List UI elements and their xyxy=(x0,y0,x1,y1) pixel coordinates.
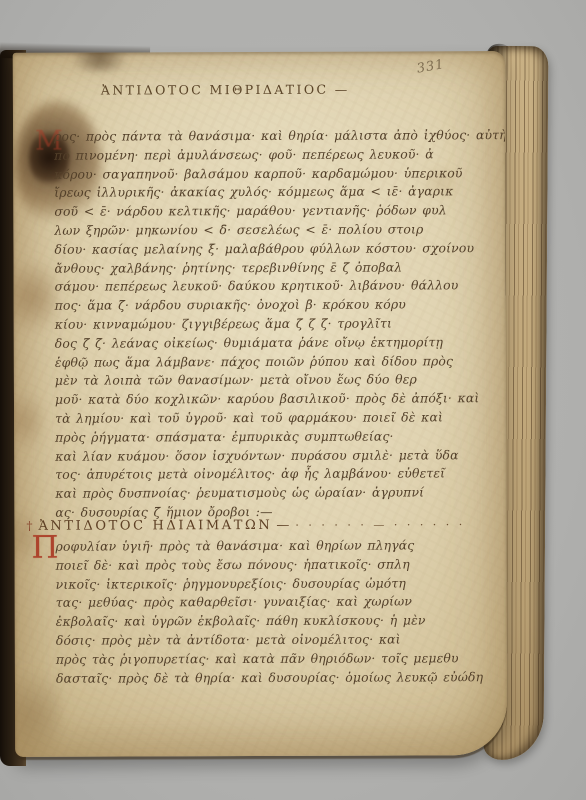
text-line: δόσις· πρὸς μὲν τὰ ἀντίδοτα· μετὰ οἰνομέ… xyxy=(56,631,486,651)
section-heading-filler: · · · · · · — · · · · · · xyxy=(295,518,465,532)
text-block-2: ροφυλίαν ὑγιῆ· πρὸς τὰ θανάσιμα· καὶ θηρ… xyxy=(55,537,486,689)
text-line: πος· ἅμα ζ̄· νάρδου συριακῆς· ὀνοχοὶ β̄·… xyxy=(55,296,485,316)
text-line: κόρου· σαγαπηνοῦ· βαλσάμου καρποῦ· καρδα… xyxy=(54,165,484,185)
text-line: ἐκβολαῖς· καὶ ὑγρῶν ἐκβολαῖς· πάθη κυκλί… xyxy=(56,612,486,632)
manuscript-page: 331 ἈΝΤΙΔΟΤΟϹ ΜΙΘΡΙΔΑΤΙΟϹ — Μ ρος· πρὸς … xyxy=(13,51,507,757)
text-line: τας· μεθύας· πρὸς καθαρθεῖσι· γυναιξίας·… xyxy=(56,594,486,614)
text-line: πρὸς ῥήγματα· σπάσματα· ἐμπυρικὰς συμπτω… xyxy=(55,428,485,448)
section-heading: †ἈΝΤΙΔΟΤΟϹ ΗΔΙΑΙΜΑΤΩΝ—· · · · · · — · · … xyxy=(26,517,472,534)
text-line: σοῦ < ε̄· νάρδου κελτικῆς· μαράθου· γεντ… xyxy=(54,202,484,222)
text-line: μοῦ· κατὰ δύο κοχλικῶν· καρύου βασιλικοῦ… xyxy=(55,390,485,410)
text-line: πο πινομένη· περὶ ἀμυλάνσεως· φοῦ· πεπέρ… xyxy=(54,146,484,166)
text-line: ἑφθῷ πως ἅμα λάμβανε· πάχος ποιῶν ῥύπου … xyxy=(55,353,485,373)
text-line: ποιεῖ δὲ· καὶ πρὸς τοὺς ἔσω πόνους· ἡπατ… xyxy=(56,556,486,576)
text-line: τὰ λημίου· καὶ τοῦ ὑγροῦ· καὶ τοῦ φαρμάκ… xyxy=(55,409,485,429)
text-line: ρος· πρὸς πάντα τὰ θανάσιμα· καὶ θηρία· … xyxy=(54,127,484,147)
text-line: δίου· κασίας μελαίνης ξ̄· μαλαβάθρου φύλ… xyxy=(54,240,484,260)
text-line: νικοῖς· ἰκτερικοῖς· ῥηγμονυρεξίοις· δυσο… xyxy=(56,575,486,595)
running-title: ἈΝΤΙΔΟΤΟϹ ΜΙΘΡΙΔΑΤΙΟϹ — xyxy=(101,82,350,98)
section-heading-title: ἈΝΤΙΔΟΤΟϹ ΗΔΙΑΙΜΑΤΩΝ xyxy=(38,518,272,534)
text-line: μὲν τὰ λοιπὰ τῶν θανασίμων· μετὰ οἴνου ἕ… xyxy=(55,372,485,392)
text-line: λων ξηρῶν· μηκωνίου < δ̄· σεσελέως < ε̄·… xyxy=(54,221,484,241)
text-line: ἴρεως ἰλλυρικῆς· ἀκακίας χυλός· κόμμεως … xyxy=(54,184,484,204)
text-line: δασταῖς· πρὸς δὲ τὰ θηρία· καὶ δυσουρίας… xyxy=(56,669,486,689)
text-line: ἄνθους· χαλβάνης· ῥητίνης· τερεβινθίνης … xyxy=(54,259,484,279)
manuscript-book: 331 ἈΝΤΙΔΟΤΟϹ ΜΙΘΡΙΔΑΤΙΟϹ — Μ ρος· πρὸς … xyxy=(0,0,586,800)
text-block-1: ρος· πρὸς πάντα τὰ θανάσιμα· καὶ θηρία· … xyxy=(54,127,485,523)
text-line: κίου· κινναμώμου· ζιγγιβέρεως ἅμα ζ̄ ζ̄ … xyxy=(55,315,485,335)
text-line: καὶ λίαν κυάμου· ὅσον ἰσχυόντων· πυράσου… xyxy=(55,447,485,467)
section-heading-dash: — xyxy=(276,518,289,533)
text-line: τος· ἀπυρέτοις μετὰ οἰνομέλιτος· ἀφ ἧς λ… xyxy=(55,466,485,486)
text-line: καὶ πρὸς δυσπνοίας· ῥευματισμοὺς ὡς ὡραί… xyxy=(55,484,485,504)
text-line: δος ζ̄ ζ̄· λεάνας οἰκείως· θυμιάματα ῥάν… xyxy=(55,334,485,354)
text-line: πρὸς τὰς ῥιγοπυρετίας· καὶ κατὰ πᾶν θηρι… xyxy=(56,650,486,670)
text-line: ροφυλίαν ὑγιῆ· πρὸς τὰ θανάσιμα· καὶ θηρ… xyxy=(55,537,485,557)
text-line: σάμου· πεπέρεως λευκοῦ· δαύκου κρητικοῦ·… xyxy=(55,278,485,298)
